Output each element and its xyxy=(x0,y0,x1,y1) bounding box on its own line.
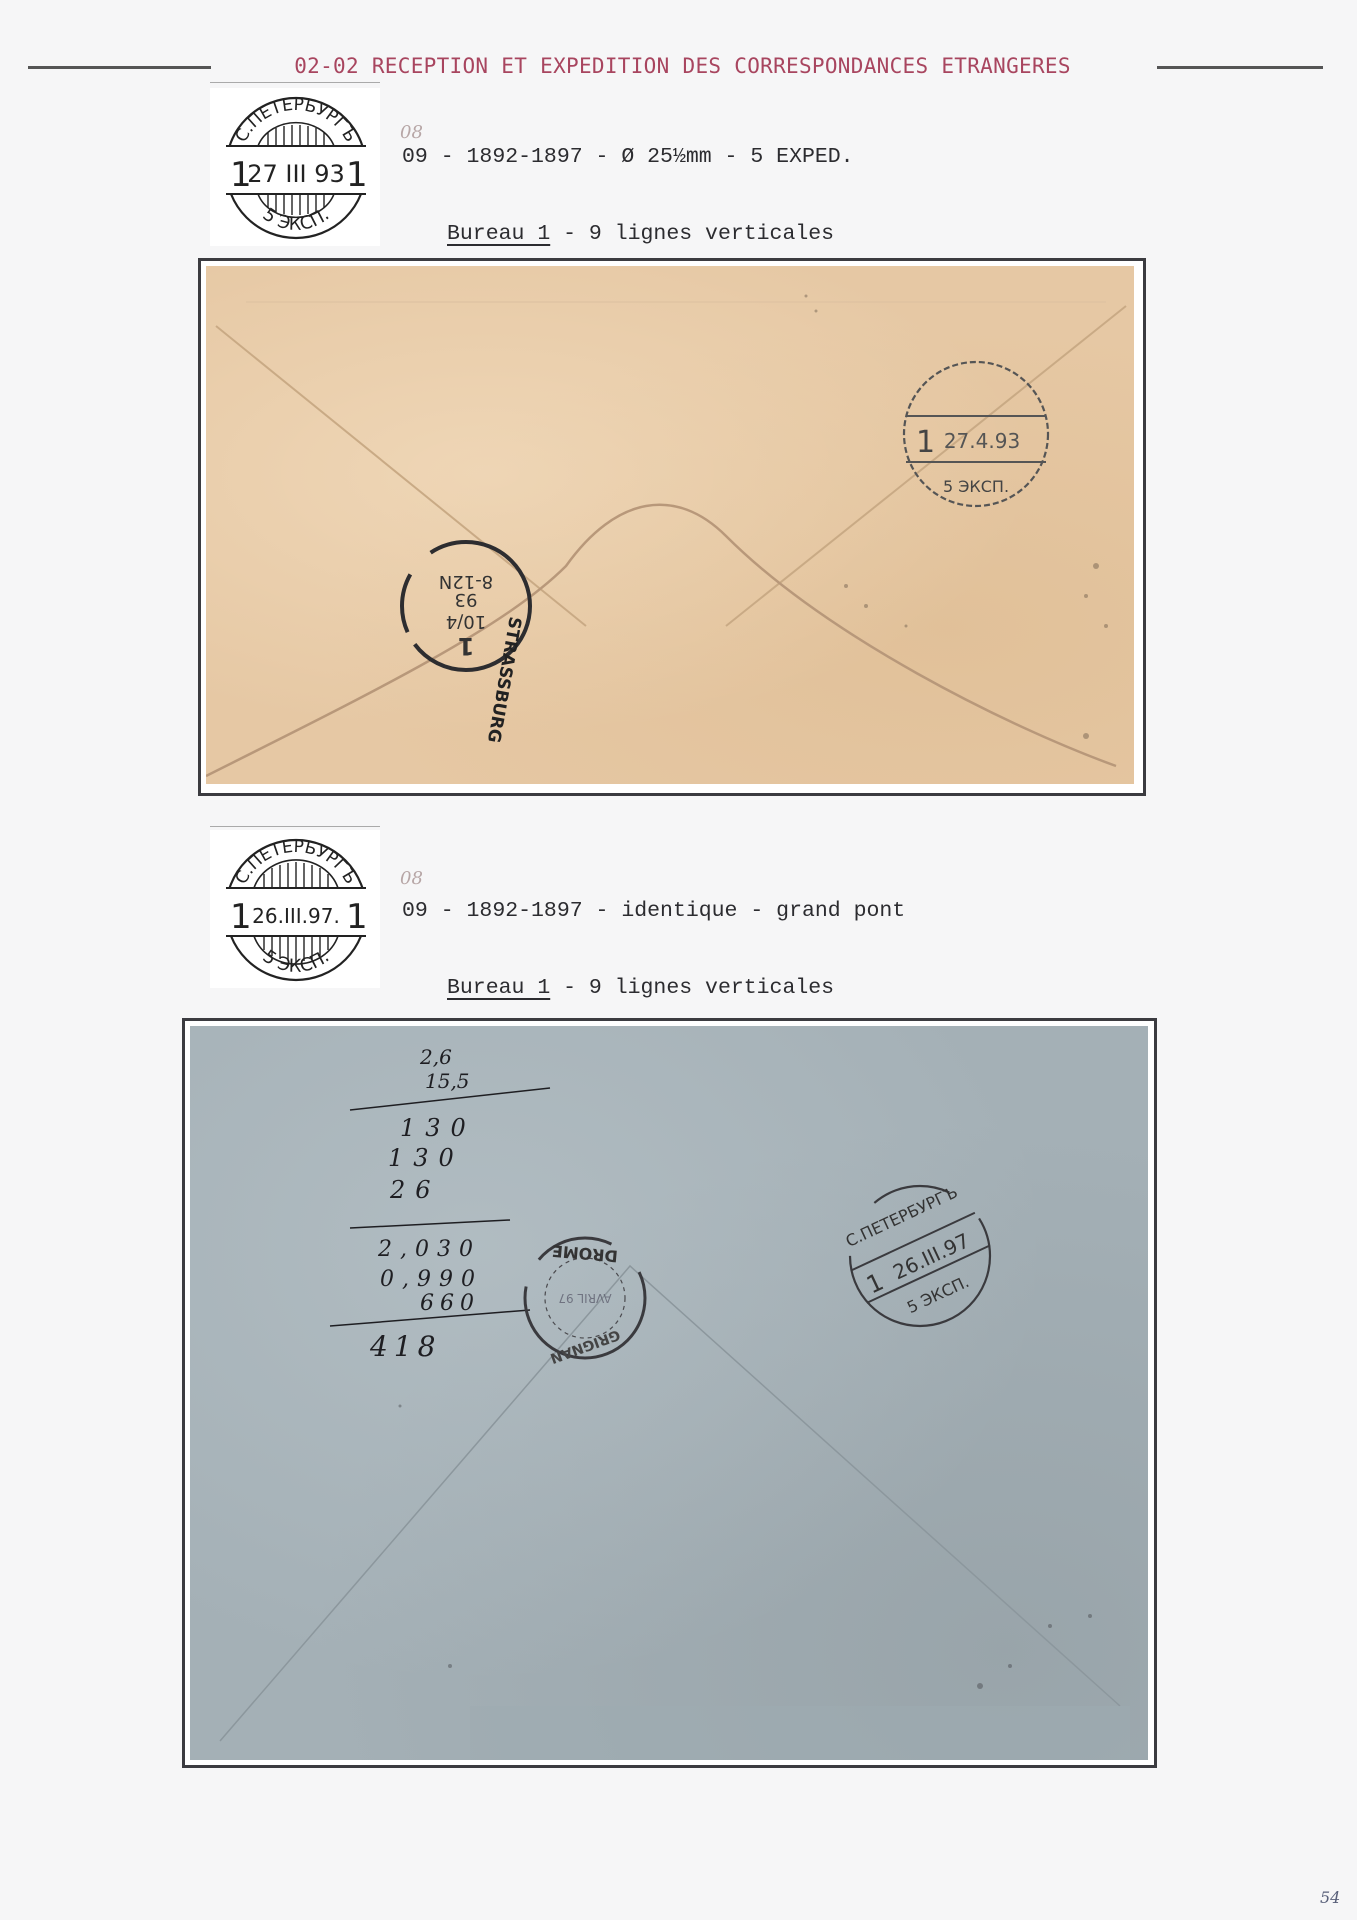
postmark-rule-2 xyxy=(210,826,380,827)
svg-text:2,030: 2,030 xyxy=(377,1237,481,1262)
svg-text:STRASSBURG: STRASSBURG xyxy=(483,615,525,744)
bureau-label: Bureau 1 xyxy=(447,222,550,246)
grignan-cancellation: DROME GRIGNAN AVRIL 97 xyxy=(525,1238,645,1366)
page-title: 02-02 RECEPTION ET EXPEDITION DES CORRES… xyxy=(220,54,1145,78)
svg-text:26.III.97.: 26.III.97. xyxy=(252,904,340,928)
strassburg-cancellation: 8-12N 93 10/4 1 STRASSBURG xyxy=(402,542,530,744)
svg-text:130: 130 xyxy=(388,1144,464,1172)
entry-heading: 09 - 1892-1897 - identique - grand pont xyxy=(402,899,924,925)
svg-text:1: 1 xyxy=(230,897,252,937)
svg-text:130: 130 xyxy=(400,1114,476,1142)
envelope-back-2: 2,6 15,5 130 130 26 2,030 0,990 660 418 … xyxy=(190,1026,1148,1760)
svg-text:660: 660 xyxy=(420,1291,480,1316)
envelope-flap-lines: 8-12N 93 10/4 1 STRASSBURG 1 27.4.93 5 Э… xyxy=(206,266,1134,784)
svg-text:С.ПЕТЕРБУРГЪ: С.ПЕТЕРБУРГЪ xyxy=(231,95,360,146)
postmark-illustration-1: С.ПЕТЕРБУРГЪ 5 ЭКСП. 1 27 III 93 1 xyxy=(210,88,380,246)
svg-text:5 ЭКСП.: 5 ЭКСП. xyxy=(904,1272,972,1317)
entry-heading: 09 - 1892-1897 - Ø 25½mm - 5 EXPED. xyxy=(402,145,1105,171)
svg-text:1: 1 xyxy=(346,897,368,937)
svg-text:27.4.93: 27.4.93 xyxy=(944,429,1020,453)
svg-text:GRIGNAN: GRIGNAN xyxy=(548,1326,622,1366)
entry-bureau-line: Bureau 1 - 9 lignes verticales xyxy=(402,222,1105,248)
svg-text:2,6: 2,6 xyxy=(419,1045,452,1069)
handwritten-calculation: 2,6 15,5 130 130 26 2,030 0,990 660 418 xyxy=(330,1045,550,1363)
postmark-stamp-icon: С.ПЕТЕРБУРГЪ 5 ЭКСП. 1 26.III.97. 1 xyxy=(210,830,380,988)
svg-text:418: 418 xyxy=(369,1330,441,1363)
svg-text:8-12N: 8-12N xyxy=(439,571,493,592)
entry-bureau-line: Bureau 1 - 9 lignes verticales xyxy=(402,976,924,1002)
st-petersburg-cancellation-1: 1 27.4.93 5 ЭКСП. xyxy=(904,362,1048,506)
envelope-back-1: 8-12N 93 10/4 1 STRASSBURG 1 27.4.93 5 Э… xyxy=(206,266,1134,784)
svg-text:5 ЭКСП.: 5 ЭКСП. xyxy=(943,477,1009,496)
svg-text:1: 1 xyxy=(346,155,368,195)
svg-text:DROME: DROME xyxy=(551,1241,618,1266)
svg-text:1: 1 xyxy=(458,632,475,660)
st-petersburg-cancellation-2: С.ПЕТЕРБУРГЪ 1 26.III.97 5 ЭКСП. xyxy=(836,1179,1004,1332)
svg-text:10/4: 10/4 xyxy=(446,611,486,632)
postmark-stamp-icon: С.ПЕТЕРБУРГЪ 5 ЭКСП. 1 27 III 93 1 xyxy=(210,88,380,246)
postmark-illustration-2: С.ПЕТЕРБУРГЪ 5 ЭКСП. 1 26.III.97. 1 xyxy=(210,830,380,988)
svg-text:26: 26 xyxy=(389,1176,441,1204)
svg-text:27 III 93: 27 III 93 xyxy=(247,160,345,188)
bureau-label: Bureau 1 xyxy=(447,976,550,1000)
envelope-flap-lines: 2,6 15,5 130 130 26 2,030 0,990 660 418 … xyxy=(190,1026,1148,1760)
svg-text:93: 93 xyxy=(455,589,478,610)
svg-text:15,5: 15,5 xyxy=(425,1069,470,1093)
title-underline xyxy=(210,82,380,83)
svg-text:0,990: 0,990 xyxy=(380,1267,483,1292)
svg-text:1: 1 xyxy=(862,1268,888,1300)
page-number: 54 xyxy=(1320,1888,1340,1907)
svg-text:AVRIL 97: AVRIL 97 xyxy=(558,1291,611,1305)
svg-text:5 ЭКСП.: 5 ЭКСП. xyxy=(259,204,333,235)
header-rule-right xyxy=(1157,66,1323,69)
svg-text:1: 1 xyxy=(916,425,935,460)
header-rule-left xyxy=(28,66,211,69)
